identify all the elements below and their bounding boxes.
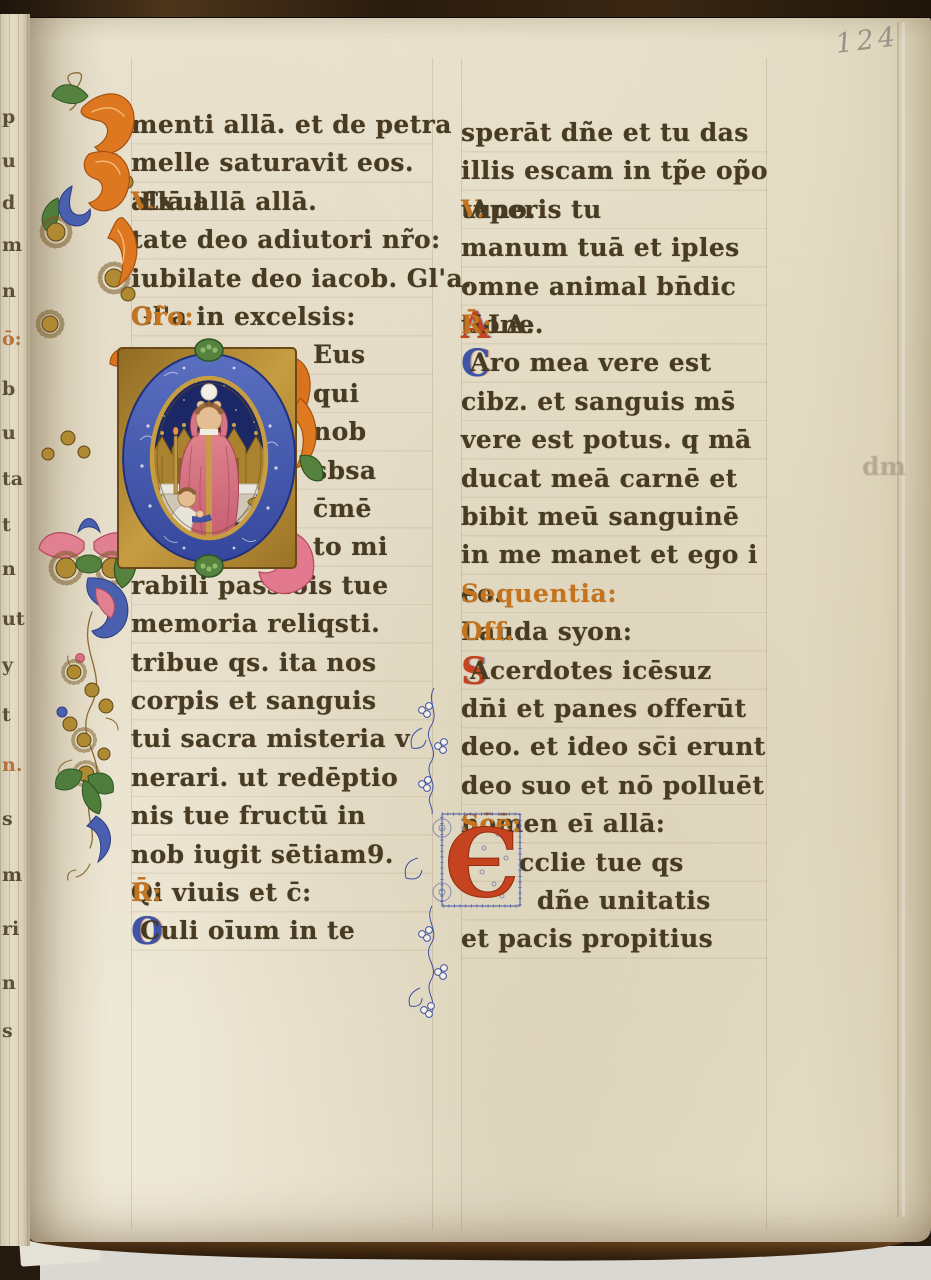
body-text: manum tuā et iples: [461, 229, 740, 267]
body-text: nob: [313, 413, 367, 451]
edge-fragment: n: [2, 972, 16, 994]
body-text: Aperis tu: [461, 191, 602, 229]
edge-fragment: b: [2, 378, 15, 400]
body-text: menti allā. et de petra: [131, 106, 452, 144]
edge-fragment: u: [2, 422, 16, 444]
body-text: nis tue fructū in: [131, 797, 366, 835]
body-text: c̄mē: [313, 490, 372, 528]
body-text: bibit meū sanguinē: [461, 498, 739, 536]
edge-fragment: m: [2, 234, 22, 256]
body-text: Culi oīum in te: [131, 912, 355, 950]
body-text: cibz. et sanguis ms̄: [461, 383, 735, 421]
body-text: tui sacra misteria v: [131, 720, 410, 758]
body-text: dñe unitatis: [537, 882, 711, 920]
edge-fragment: s: [2, 808, 13, 830]
body-text: to mi: [313, 528, 388, 566]
body-text: cclie tue qs: [519, 844, 684, 882]
edge-fragment: ō:: [2, 328, 22, 350]
rubric-text: Off.: [461, 613, 515, 651]
manuscript-photo: 124 dm pudmnō:butatnutytn.smrins menti a…: [0, 0, 931, 1280]
body-text: nerari. ut redēptio: [131, 759, 398, 797]
edge-fragment: n: [2, 280, 16, 302]
binding-top-edge: [0, 0, 931, 18]
edge-fragment: n: [2, 558, 16, 580]
edge-fragment: ri: [2, 918, 19, 940]
edge-fragment: p: [2, 106, 15, 128]
edge-fragment: t: [2, 514, 11, 536]
body-text: ducat meā carnē et: [461, 460, 738, 498]
edge-fragment: t: [2, 704, 11, 726]
edge-fragment: m: [2, 864, 22, 886]
fore-edge-highlight: [902, 22, 905, 1217]
edge-fragment: y: [2, 654, 13, 676]
body-text: Acerdotes icēsuz: [461, 652, 712, 690]
body-text: qui: [313, 375, 359, 413]
body-text: omne animal bn̄dic: [461, 268, 736, 306]
edge-fragment: n.: [2, 754, 22, 776]
body-text: Eus: [313, 336, 366, 374]
body-text: memoria reliqsti.: [131, 605, 380, 643]
historiated-initial-d: [104, 336, 314, 580]
show-through-text: dm: [862, 452, 906, 481]
initial-e-letter: Є: [445, 809, 520, 919]
body-text: in me manet et ego i: [461, 536, 758, 574]
rubric-text: Sequentia:: [461, 575, 617, 613]
edge-fragment: ta: [2, 468, 23, 490]
body-text: melle saturavit eos.: [131, 144, 414, 182]
penwork-initial-e: Є: [398, 688, 528, 1023]
prev-page-text-fragments: pudmnō:butatnutytn.smrins: [0, 92, 24, 1052]
body-text: illis escam in tp̃e op̃o: [461, 152, 768, 190]
edge-fragment: ut: [2, 608, 25, 630]
rubric-text: R̄:: [461, 306, 492, 344]
body-text: Aro mea vere est: [461, 344, 711, 382]
body-text: nob iugit sētiam9.: [131, 836, 394, 874]
body-text: tribue qs. ita nos: [131, 644, 377, 682]
edge-fragment: d: [2, 192, 15, 214]
edge-fragment: u: [2, 150, 16, 172]
body-text: corpis et sanguis: [131, 682, 376, 720]
body-text: sperāt dñe et tu das: [461, 114, 749, 152]
body-text: vere est potus. q mā: [461, 421, 752, 459]
body-text: iubilate deo iacob. Gl'a.: [131, 260, 472, 298]
body-text: tate deo adiutori nr̃o:: [131, 221, 441, 259]
fore-edge-line: [897, 22, 899, 1217]
edge-fragment: s: [2, 1020, 13, 1042]
